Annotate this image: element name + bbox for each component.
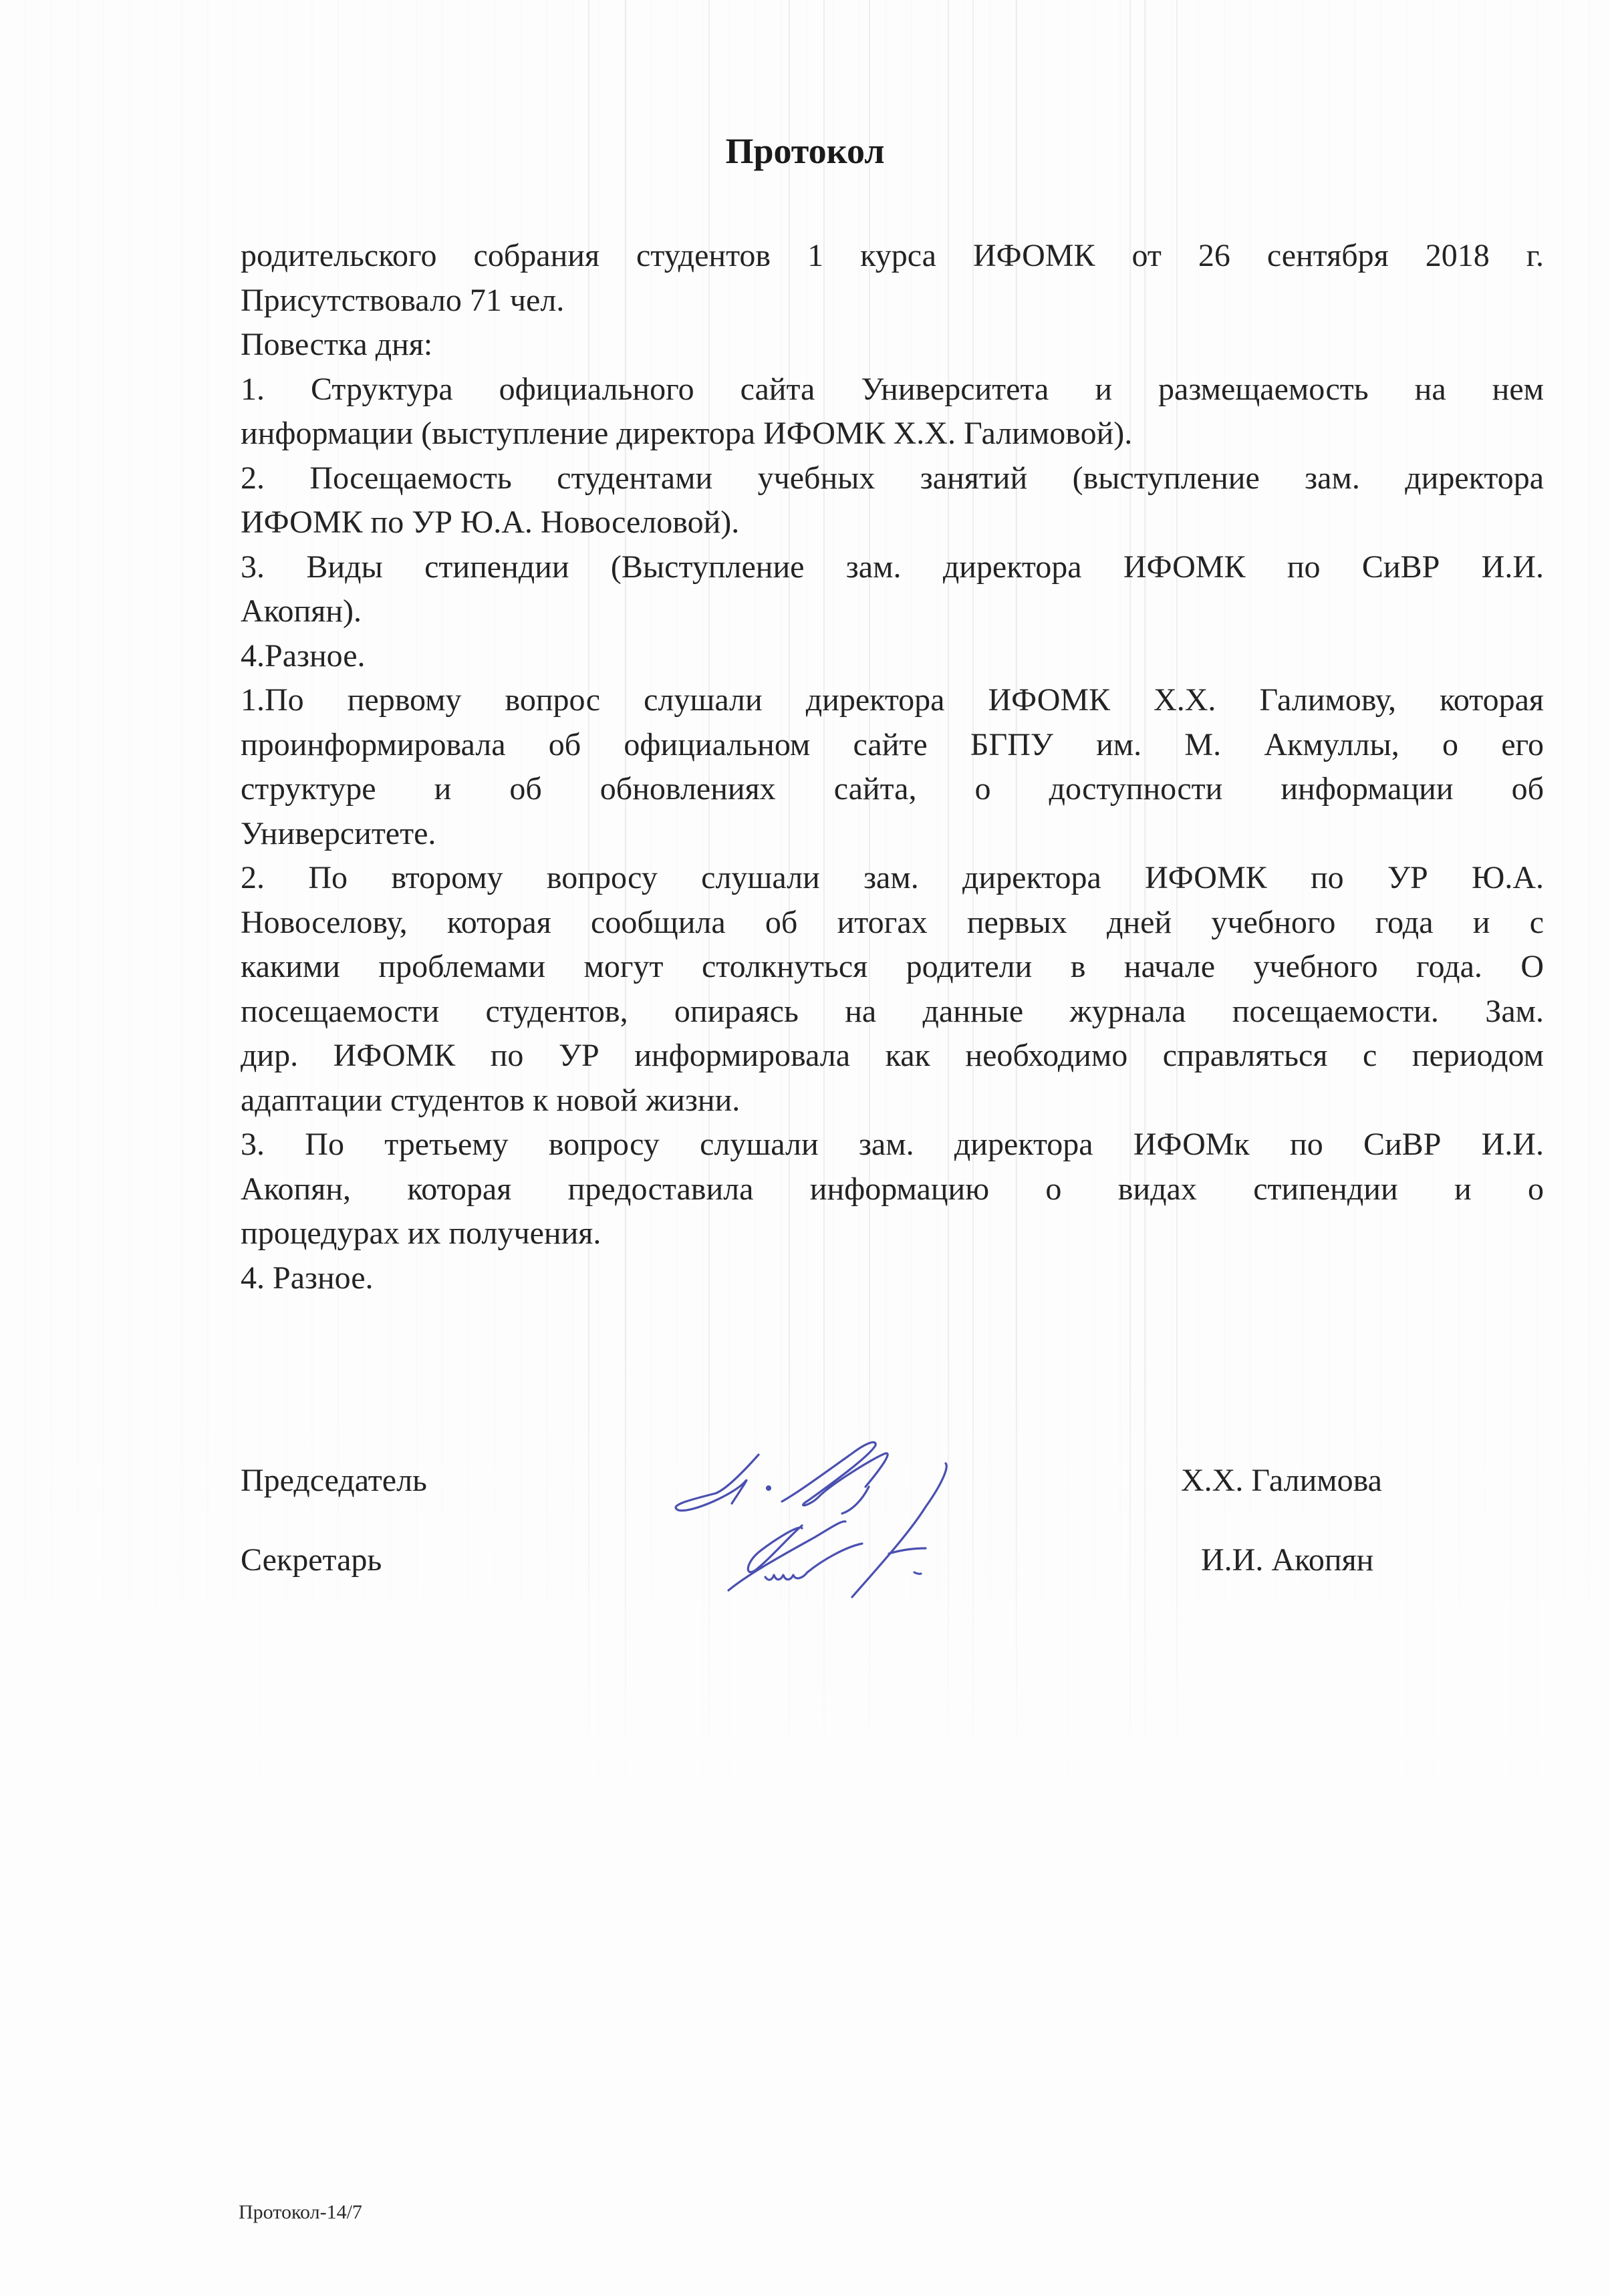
- body-line: процедурах их получения.: [241, 1211, 1544, 1256]
- body-line: Университете.: [241, 812, 1544, 857]
- body-line: дир. ИФОМК по УР информировала как необх…: [241, 1034, 1544, 1079]
- body-line: Новоселову, которая сообщила об итогах п…: [241, 901, 1544, 946]
- body-line: 2. По второму вопросу слушали зам. дирек…: [241, 856, 1544, 901]
- body-line: какими проблемами могут столкнуться роди…: [241, 945, 1544, 990]
- secretary-name: И.И. Акопян: [1201, 1540, 1373, 1580]
- body-line: 3. По третьему вопросу слушали зам. дире…: [241, 1123, 1544, 1167]
- body-line: проинформировала об официальном сайте БГ…: [241, 723, 1544, 768]
- document-footer: Протокол-14/7: [239, 2200, 362, 2225]
- body-line: 4.Разное.: [241, 634, 1544, 679]
- body-line: 1. Структура официального сайта Универси…: [241, 368, 1544, 412]
- body-line: ИФОМК по УР Ю.А. Новоселовой).: [241, 500, 1544, 545]
- body-line: Присутствовало 71 чел.: [241, 279, 1544, 323]
- body-line: 2. Посещаемость студентами учебных занят…: [241, 456, 1544, 501]
- body-line: посещаемости студентов, опираясь на данн…: [241, 990, 1544, 1034]
- body-line: Акопян, которая предоставила информацию …: [241, 1167, 1544, 1212]
- document-title: Протокол: [0, 130, 1610, 172]
- handwritten-signature: [662, 1427, 956, 1607]
- body-line: информации (выступление директора ИФОМК …: [241, 412, 1544, 456]
- body-line: Повестка дня:: [241, 323, 1544, 368]
- body-line: 3. Виды стипендии (Выступление зам. дире…: [241, 545, 1544, 590]
- chairman-label: Председатель: [241, 1461, 427, 1501]
- body-line: структуре и об обновлениях сайта, о дост…: [241, 767, 1544, 812]
- body-line: Акопян).: [241, 589, 1544, 634]
- body-line: адаптации студентов к новой жизни.: [241, 1079, 1544, 1123]
- chairman-name: Х.Х. Галимова: [1181, 1461, 1382, 1501]
- document-page: Протокол родительского собрания студенто…: [0, 0, 1610, 2296]
- secretary-label: Секретарь: [241, 1540, 382, 1580]
- document-body: родительского собрания студентов 1 курса…: [241, 234, 1544, 1300]
- body-line: 1.По первому вопрос слушали директора ИФ…: [241, 678, 1544, 723]
- body-line: родительского собрания студентов 1 курса…: [241, 234, 1544, 279]
- body-line: 4. Разное.: [241, 1256, 1544, 1301]
